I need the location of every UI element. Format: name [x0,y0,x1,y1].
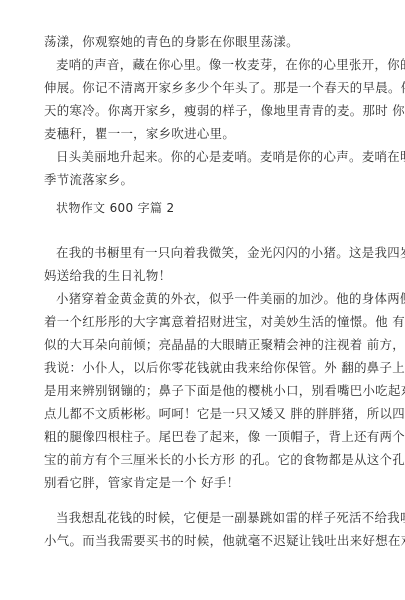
text-line: 季节流落家乡。 [44,172,133,188]
text-line: 点儿都不文质彬彬。呵呵！它是一只又矮又 胖的胖胖猪，所以四条又短又 [44,406,405,422]
text-line: 在我的书橱里有一只向着我微笑，金光闪闪的小猪。这是我四岁时，妈 [56,245,405,261]
text-line: 天的寒冷。你离开家乡，瘦弱的样子，像地里青青的麦。那时 你顺手拔节 [44,103,405,119]
text-line: 妈送给我的生日礼物！ [44,268,171,284]
text-line: 着一个红彤彤的大字寓意着招财进宝，对美妙生活的憧憬。他 有两个蒲扇 [44,314,405,330]
text-line: 宝的前方有个三厘米长的小长方形 的孔。它的食物都是从这个孔里喂进去， [44,452,405,468]
text-line: 粗的腿像四根柱子。尾巴卷了起来，像 一顶帽子，背上还有两个元宝，元 [44,429,405,445]
text-line: 是用来辨别钢镚的；鼻子下面是他的樱桃小口，别看嘴巴小吃起东西来一 [44,383,405,399]
text-line: 麦哨的声音，藏在你心里。像一枚麦芽，在你的心里张开，你的心 在 [56,57,405,73]
text-line: 似的大耳朵向前倾；亮晶晶的大眼睛正聚精会神的注视着 前方，似乎在对 [44,337,405,353]
text-line: 麦穗秆，瞿一一，家乡吹进心里。 [44,126,235,142]
text-line: 伸展。你记不清离开家乡多少个年头了。那是一个春天的早晨。依 旧是冬 [44,80,405,96]
section-heading: 状物作文 600 字篇 2 [56,200,175,216]
text-line: 小气。而当我需要买书的时候，他就毫不迟疑让钱吐出来好想在对 说：小 [44,533,405,549]
text-line: 别看它胖，管家肯定是一个 好手！ [44,475,239,491]
text-line: 日头美丽地升起来。你的心是麦哨。麦哨是你的心声。麦哨在明媚 的 [56,149,405,165]
document-page: 荡漾，你观察她的青色的身影在你眼里荡漾。 麦哨的声音，藏在你心里。像一枚麦芽，在… [0,0,405,600]
text-line: 荡漾，你观察她的青色的身影在你眼里荡漾。 [44,34,299,50]
text-line: 当我想乱花钱的时候，它便是一副暴跳如雷的样子死活不给我吐钱，真 [56,510,405,526]
text-line: 小猪穿着金黄金黄的外衣，似乎一件美丽的加沙。他的身体两侧各 刻 [56,291,405,307]
text-line: 我说：小仆人，以后你零花钱就由我来给你保管。外 翻的鼻子上有两个孔， [44,360,405,376]
